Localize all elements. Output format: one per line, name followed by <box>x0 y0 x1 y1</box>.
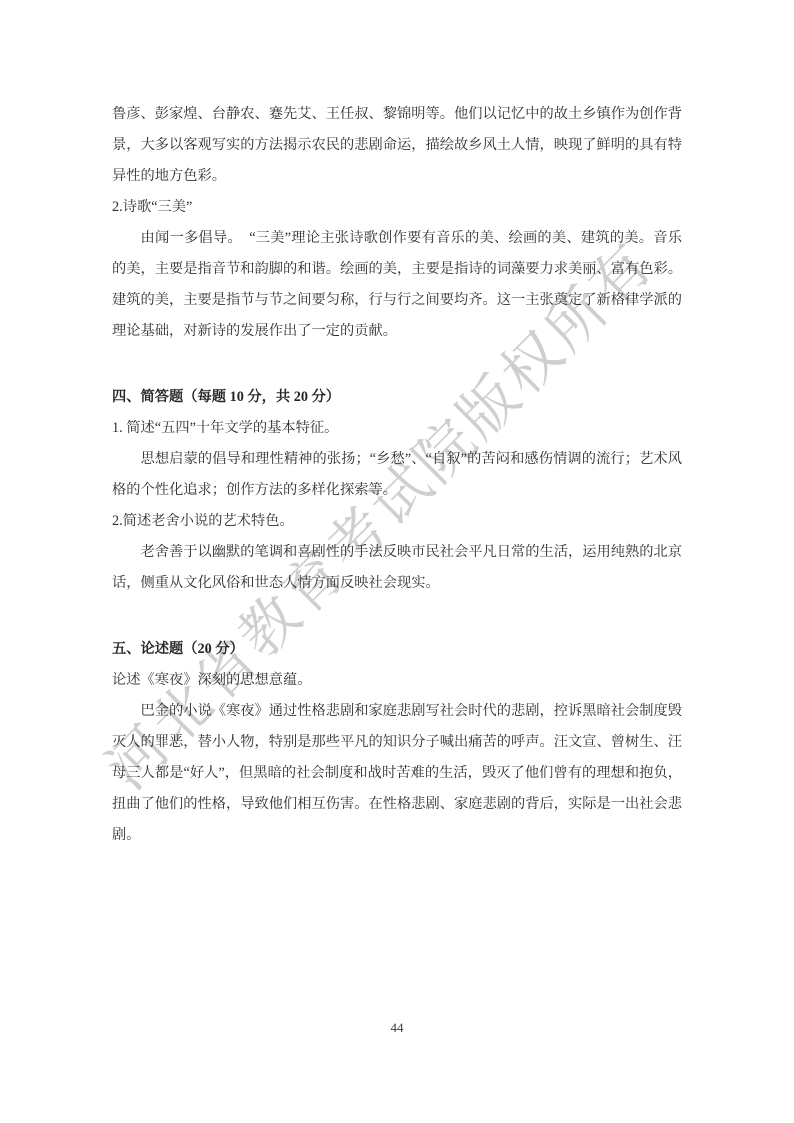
document-page: { "content": { "regional_writers_paragra… <box>0 0 794 1123</box>
section-five-title: 五、论述题（20 分） <box>112 634 682 665</box>
heading-poetry-three-beauties: 2.诗歌“三美” <box>112 192 682 223</box>
paragraph-regional-writers: 鲁彦、彭家煌、台静农、蹇先艾、王任叔、黎锦明等。他们以记忆中的故土乡镇作为创作背… <box>112 99 682 192</box>
answer-1: 思想启蒙的倡导和理性精神的张扬；“乡愁”、“自叙”的苦闷和感伤情调的流行；艺术风… <box>112 444 682 506</box>
essay-answer: 巴金的小说《寒夜》通过性格悲剧和家庭悲剧写社会时代的悲剧，控诉黑暗社会制度毁灭人… <box>112 696 682 851</box>
answer-2: 老舍善于以幽默的笔调和喜剧性的手法反映市民社会平凡日常的生活，运用纯熟的北京话，… <box>112 537 682 599</box>
question-1: 1. 简述“五四”十年文学的基本特征。 <box>112 413 682 444</box>
paragraph-three-beauties-answer: 由闻一多倡导。 “三美”理论主张诗歌创作要有音乐的美、绘画的美、建筑的美。音乐的… <box>112 223 682 347</box>
question-2: 2.简述老舍小说的艺术特色。 <box>112 506 682 537</box>
essay-question: 论述《寒夜》深刻的思想意蕴。 <box>112 665 682 696</box>
section-four-title: 四、简答题（每题 10 分，共 20 分） <box>112 382 682 413</box>
page-canvas: 河北省教育考试院版权所有 鲁彦、彭家煌、台静农、蹇先艾、王任叔、黎锦明等。他们以… <box>0 0 794 1123</box>
page-number: 44 <box>0 1020 794 1036</box>
page-content: 鲁彦、彭家煌、台静农、蹇先艾、王任叔、黎锦明等。他们以记忆中的故土乡镇作为创作背… <box>112 99 682 851</box>
